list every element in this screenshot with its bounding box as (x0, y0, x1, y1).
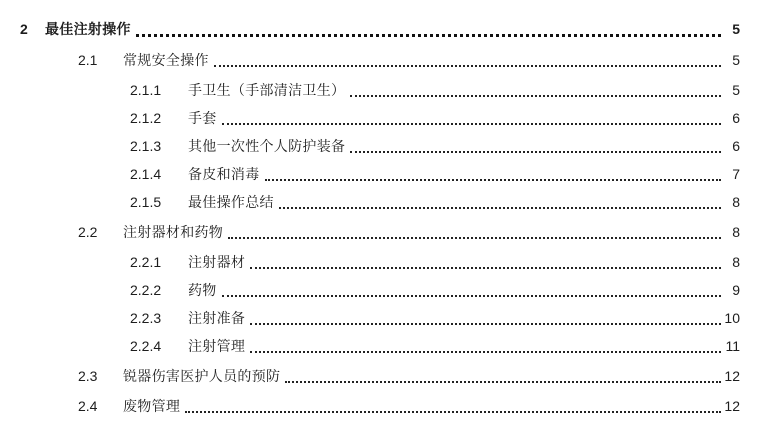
toc-entry-number: 2.2.3 (130, 304, 188, 332)
toc-entry-number: 2.1.2 (130, 104, 188, 132)
toc-entry-number: 2.1 (78, 46, 123, 74)
toc-entry[interactable]: 2.2.3 注射准备 10 (20, 304, 740, 332)
toc-entry-title: 手套 (188, 104, 217, 132)
dot-leader-icon (250, 248, 721, 269)
toc-entry-page: 12 (724, 392, 740, 420)
toc-entry-page: 5 (724, 76, 740, 104)
toc-entry-number: 2.1.1 (130, 76, 188, 104)
toc-entry-number: 2.3 (78, 362, 123, 390)
dot-leader-icon (214, 46, 721, 67)
toc-entry-number: 2.2.1 (130, 248, 188, 276)
toc-entry[interactable]: 2.1 常规安全操作 5 (20, 46, 740, 74)
toc-entry-number: 2.4 (78, 392, 123, 420)
table-of-contents: 2 最佳注射操作 5 2.1 常规安全操作 5 2.1.1 手卫生（手部清洁卫生… (0, 0, 780, 420)
toc-entry-title: 备皮和消毒 (188, 160, 260, 188)
dot-leader-icon (136, 15, 721, 37)
dot-leader-icon (350, 76, 721, 97)
toc-entry[interactable]: 2.1.2 手套 6 (20, 104, 740, 132)
toc-entry-page: 12 (724, 362, 740, 390)
toc-entry-page: 6 (724, 104, 740, 132)
toc-entry-number: 2.1.5 (130, 188, 188, 216)
dot-leader-icon (350, 132, 721, 153)
toc-entry[interactable]: 2.2 注射器材和药物 8 (20, 218, 740, 246)
toc-entry-page: 5 (724, 46, 740, 74)
dot-leader-icon (265, 160, 722, 181)
toc-entry-number: 2.2.4 (130, 332, 188, 360)
toc-entry-page: 8 (724, 248, 740, 276)
toc-entry-number: 2.1.4 (130, 160, 188, 188)
toc-entry-title: 手卫生（手部清洁卫生） (188, 76, 345, 104)
toc-entry-number: 2 (20, 15, 45, 43)
toc-entry-title: 其他一次性个人防护装备 (188, 132, 345, 160)
toc-entry[interactable]: 2.1.4 备皮和消毒 7 (20, 160, 740, 188)
toc-entry-title: 注射准备 (188, 304, 245, 332)
toc-entry-page: 6 (724, 132, 740, 160)
toc-entry-page: 11 (724, 332, 740, 360)
toc-entry-number: 2.1.3 (130, 132, 188, 160)
toc-entry[interactable]: 2.2.4 注射管理 11 (20, 332, 740, 360)
dot-leader-icon (279, 188, 721, 209)
toc-entry-page: 8 (724, 188, 740, 216)
toc-entry-title: 最佳注射操作 (45, 15, 131, 43)
toc-entry-title: 常规安全操作 (123, 46, 209, 74)
toc-entry[interactable]: 2.1.5 最佳操作总结 8 (20, 188, 740, 216)
toc-entry-title: 药物 (188, 276, 217, 304)
toc-entry-number: 2.2 (78, 218, 123, 246)
dot-leader-icon (250, 304, 721, 325)
toc-entry-title: 锐器伤害医护人员的预防 (123, 362, 280, 390)
toc-entry[interactable]: 2 最佳注射操作 5 (20, 15, 740, 43)
toc-entry-title: 最佳操作总结 (188, 188, 274, 216)
toc-entry[interactable]: 2.4 废物管理 12 (20, 392, 740, 420)
dot-leader-icon (222, 276, 721, 297)
toc-entry-title: 废物管理 (123, 392, 180, 420)
toc-entry-page: 9 (724, 276, 740, 304)
toc-entry-number: 2.2.2 (130, 276, 188, 304)
toc-entry[interactable]: 2.2.1 注射器材 8 (20, 248, 740, 276)
toc-entry-page: 10 (724, 304, 740, 332)
document-page: 2 最佳注射操作 5 2.1 常规安全操作 5 2.1.1 手卫生（手部清洁卫生… (0, 0, 780, 420)
dot-leader-icon (285, 362, 721, 383)
toc-entry-page: 7 (724, 160, 740, 188)
dot-leader-icon (250, 332, 721, 353)
toc-entry-page: 5 (724, 15, 740, 43)
toc-entry[interactable]: 2.2.2 药物 9 (20, 276, 740, 304)
toc-entry[interactable]: 2.1.1 手卫生（手部清洁卫生） 5 (20, 76, 740, 104)
toc-entry-title: 注射器材 (188, 248, 245, 276)
dot-leader-icon (185, 392, 721, 413)
toc-entry[interactable]: 2.1.3 其他一次性个人防护装备 6 (20, 132, 740, 160)
dot-leader-icon (222, 104, 721, 125)
toc-entry-title: 注射管理 (188, 332, 245, 360)
dot-leader-icon (228, 218, 721, 239)
toc-entry-title: 注射器材和药物 (123, 218, 223, 246)
toc-entry-page: 8 (724, 218, 740, 246)
toc-entry[interactable]: 2.3 锐器伤害医护人员的预防 12 (20, 362, 740, 390)
